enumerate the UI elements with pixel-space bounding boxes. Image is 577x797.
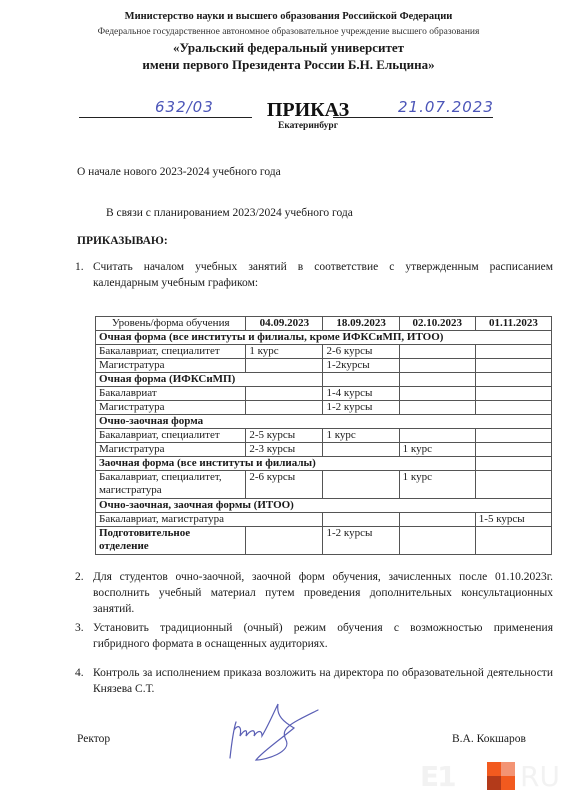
table-cell: Бакалавриат, специалитет [96, 345, 246, 359]
table-cell: 1-2курсы [323, 359, 399, 373]
section-title: Заочная форма (все институты и филиалы) [96, 457, 476, 471]
table-cell: 1 курс [323, 429, 399, 443]
table-row: Бакалавриат 1-4 курсы [96, 387, 552, 401]
university-name-line2: имени первого Президента России Б.Н. Ель… [0, 57, 577, 73]
ministry-name: Министерство науки и высшего образования… [0, 11, 577, 22]
table-row: Бакалавриат, специалитет 2-5 курсы 1 кур… [96, 429, 552, 443]
section-row: Очная форма (ИФКСиМП) [96, 373, 552, 387]
table-cell [246, 359, 323, 373]
table-cell: 2-6 курсы [323, 345, 399, 359]
table-cell: Бакалавриат, магистратура [96, 513, 323, 527]
table-cell [475, 443, 551, 457]
table-cell [323, 443, 399, 457]
table-cell [399, 345, 475, 359]
table-cell [475, 345, 551, 359]
preamble: В связи с планированием 2023/2024 учебно… [106, 207, 353, 219]
table-row: Магистратура 2-3 курсы 1 курс [96, 443, 552, 457]
table-cell: 2-5 курсы [246, 429, 323, 443]
table-cell: 1 курс [246, 345, 323, 359]
section-title: Очно-заочная форма [96, 415, 552, 429]
table-cell: 2-6 курсы [246, 471, 323, 499]
item-text: Контроль за исполнением приказа возложит… [93, 665, 553, 697]
table-cell: Бакалавриат, специалитет, магистратура [96, 471, 246, 499]
table-cell: 1-2 курсы [323, 401, 399, 415]
section-title: Очная форма (все институты и филиалы, кр… [96, 331, 552, 345]
table-cell [399, 373, 475, 387]
table-cell [399, 513, 475, 527]
city: Екатеринбург [258, 121, 358, 131]
table-cell: Магистратура [96, 401, 246, 415]
section-row: Очно-заочная, заочная формы (ИТОО) [96, 499, 552, 513]
table-cell [475, 359, 551, 373]
table-cell [475, 527, 551, 555]
section-title: Очная форма (ИФКСиМП) [96, 373, 323, 387]
table-cell [399, 429, 475, 443]
table-cell [475, 471, 551, 499]
order-number-line [79, 117, 252, 118]
header-cell: 04.09.2023 [246, 317, 323, 331]
table-cell: 2-3 курсы [246, 443, 323, 457]
table-cell: Подготовительное отделение [96, 527, 246, 555]
signature-icon [222, 700, 322, 766]
header-cell: 18.09.2023 [323, 317, 399, 331]
header-cell: 01.11.2023 [475, 317, 551, 331]
table-cell [475, 401, 551, 415]
university-name-line1: «Уральский федеральный университет [0, 40, 577, 56]
section-row: Очная форма (все институты и филиалы, кр… [96, 331, 552, 345]
table-row: Подготовительное отделение 1-2 курсы [96, 527, 552, 555]
table-cell [475, 373, 551, 387]
e1-watermark-logo: E1 RU [420, 758, 565, 790]
order-item-4: 4. Контроль за исполнением приказа возло… [75, 665, 553, 697]
order-item-1: 1. Считать началом учебных занятий в соо… [75, 259, 553, 291]
item-number: 4. [75, 665, 84, 681]
item-text: Для студентов очно-заочной, заочной форм… [93, 569, 553, 617]
item-text: Считать началом учебных занятий в соотве… [93, 259, 553, 291]
table-cell [246, 401, 323, 415]
table-cell [399, 527, 475, 555]
order-number: 632/03 [155, 98, 214, 116]
table-cell [246, 387, 323, 401]
table-cell [246, 527, 323, 555]
header-cell: Уровень/форма обучения [96, 317, 246, 331]
item-number: 3. [75, 620, 84, 636]
order-date-line [333, 117, 493, 118]
table-cell: Бакалавриат [96, 387, 246, 401]
order-subject: О начале нового 2023-2024 учебного года [77, 166, 281, 178]
signatory-position: Ректор [77, 733, 110, 745]
logo-square-icon [501, 776, 515, 790]
institution-type: Федеральное государственное автономное о… [0, 27, 577, 37]
watermark-brand: E1 [420, 760, 455, 793]
table-header-row: Уровень/форма обучения 04.09.2023 18.09.… [96, 317, 552, 331]
table-cell [475, 387, 551, 401]
order-word: ПРИКАЗЫВАЮ: [77, 235, 168, 247]
signatory-name: В.А. Кокшаров [452, 733, 526, 745]
order-date: 21.07.2023 [398, 98, 494, 116]
table-cell [399, 387, 475, 401]
table-row: Бакалавриат, специалитет, магистратура 2… [96, 471, 552, 499]
logo-square-icon [487, 762, 501, 776]
logo-square-icon [487, 776, 501, 790]
table-cell: 1-5 курсы [475, 513, 551, 527]
table-cell: 1 курс [399, 471, 475, 499]
header-cell: 02.10.2023 [399, 317, 475, 331]
table-row: Магистратура 1-2курсы [96, 359, 552, 373]
table-row: Бакалавриат, магистратура 1-5 курсы [96, 513, 552, 527]
item-number: 2. [75, 569, 84, 585]
schedule-table: Уровень/форма обучения 04.09.2023 18.09.… [95, 316, 552, 555]
table-cell [399, 401, 475, 415]
section-row: Очно-заочная форма [96, 415, 552, 429]
table-cell [475, 429, 551, 443]
table-cell [475, 457, 551, 471]
section-title: Очно-заочная, заочная формы (ИТОО) [96, 499, 552, 513]
table-cell: 1 курс [399, 443, 475, 457]
item-number: 1. [75, 259, 84, 275]
table-cell: Магистратура [96, 359, 246, 373]
table-cell: Бакалавриат, специалитет [96, 429, 246, 443]
table-cell: 1-2 курсы [323, 527, 399, 555]
table-cell [323, 373, 399, 387]
item-text: Установить традиционный (очный) режим об… [93, 620, 553, 652]
section-row: Заочная форма (все институты и филиалы) [96, 457, 552, 471]
watermark-suffix: RU [520, 760, 560, 793]
logo-square-icon [501, 762, 515, 776]
table-cell [323, 471, 399, 499]
table-cell: 1-4 курсы [323, 387, 399, 401]
table-row: Бакалавриат, специалитет 1 курс 2-6 курс… [96, 345, 552, 359]
order-item-3: 3. Установить традиционный (очный) режим… [75, 620, 553, 652]
document-title: ПРИКАЗ [258, 99, 358, 122]
table-cell: Магистратура [96, 443, 246, 457]
order-item-2: 2. Для студентов очно-заочной, заочной ф… [75, 569, 553, 617]
table-cell [323, 513, 399, 527]
table-cell [399, 359, 475, 373]
table-row: Магистратура 1-2 курсы [96, 401, 552, 415]
